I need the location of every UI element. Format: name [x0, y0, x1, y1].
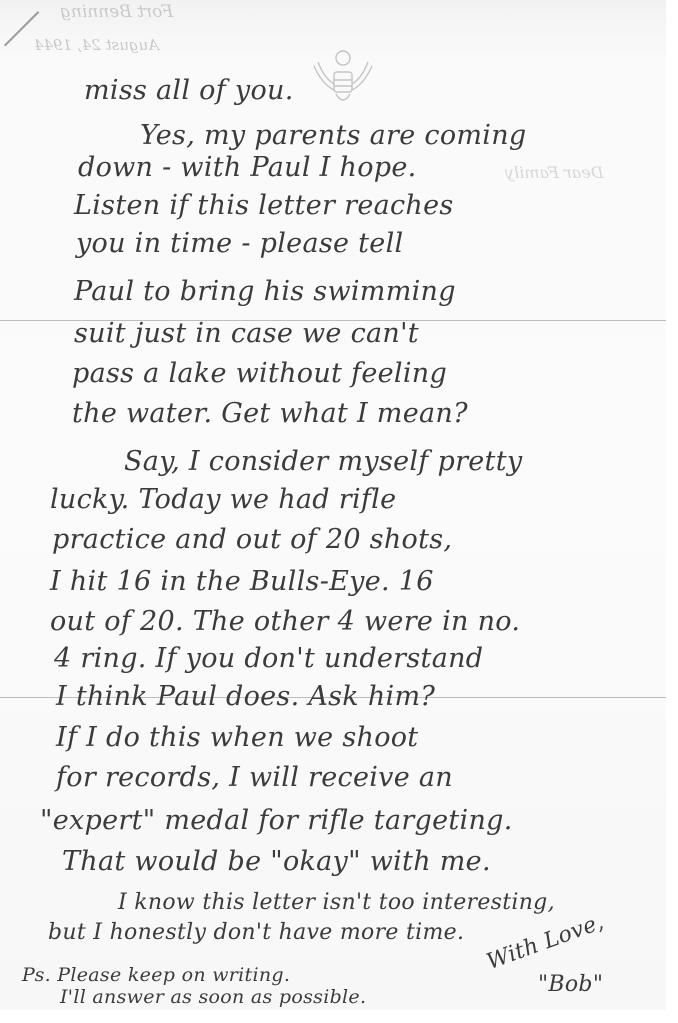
letter-line: suit just in case we can't	[74, 318, 419, 349]
letter-line: Yes, my parents are coming	[140, 120, 527, 151]
postscript-line-1: Ps. Please keep on writing.	[22, 964, 290, 986]
letter-line: you in time - please tell	[76, 228, 403, 259]
letter-line: That would be "okay" with me.	[62, 846, 491, 877]
letter-line: Listen if this letter reaches	[74, 190, 454, 221]
letter-line: pass a lake without feeling	[72, 358, 447, 389]
letter-line: practice and out of 20 shots,	[52, 524, 452, 555]
letter-line: the water. Get what I mean?	[72, 398, 468, 429]
letter-line: out of 20. The other 4 were in no.	[50, 606, 520, 637]
letter-line: but I honestly don't have more time.	[48, 920, 464, 945]
letter-line: miss all of you.	[84, 75, 294, 106]
letter-line: 4 ring. If you don't understand	[54, 643, 483, 674]
letter-line: Paul to bring his swimming	[74, 276, 456, 307]
letter-line: I hit 16 in the Bulls-Eye. 16	[50, 566, 434, 597]
letter-line: Say, I consider myself pretty	[124, 446, 522, 477]
bleed-through-header-2: August 24, 1944	[34, 36, 159, 54]
signature: "Bob"	[538, 972, 603, 997]
scan-margin-right	[666, 0, 678, 1023]
bleed-through-greeting: Dear Family	[505, 163, 604, 182]
letter-page: Fort Benning August 24, 1944 Dear Family…	[0, 0, 668, 1010]
bleed-through-header-1: Fort Benning	[60, 2, 173, 22]
letter-line: for records, I will receive an	[56, 762, 453, 793]
letter-line: lucky. Today we had rifle	[50, 484, 396, 515]
letter-line: down - with Paul I hope.	[78, 152, 417, 183]
postscript-line-2: I'll answer as soon as possible.	[60, 986, 366, 1008]
eagle-crest-icon	[310, 44, 376, 110]
letter-line: If I do this when we shoot	[56, 722, 418, 753]
closing-salutation: With Love,	[483, 910, 607, 975]
scan-margin-bottom	[0, 1010, 678, 1023]
letter-line: "expert" medal for rifle targeting.	[40, 805, 513, 836]
letter-line: I think Paul does. Ask him?	[56, 681, 435, 712]
letter-line: I know this letter isn't too interesting…	[118, 890, 555, 915]
